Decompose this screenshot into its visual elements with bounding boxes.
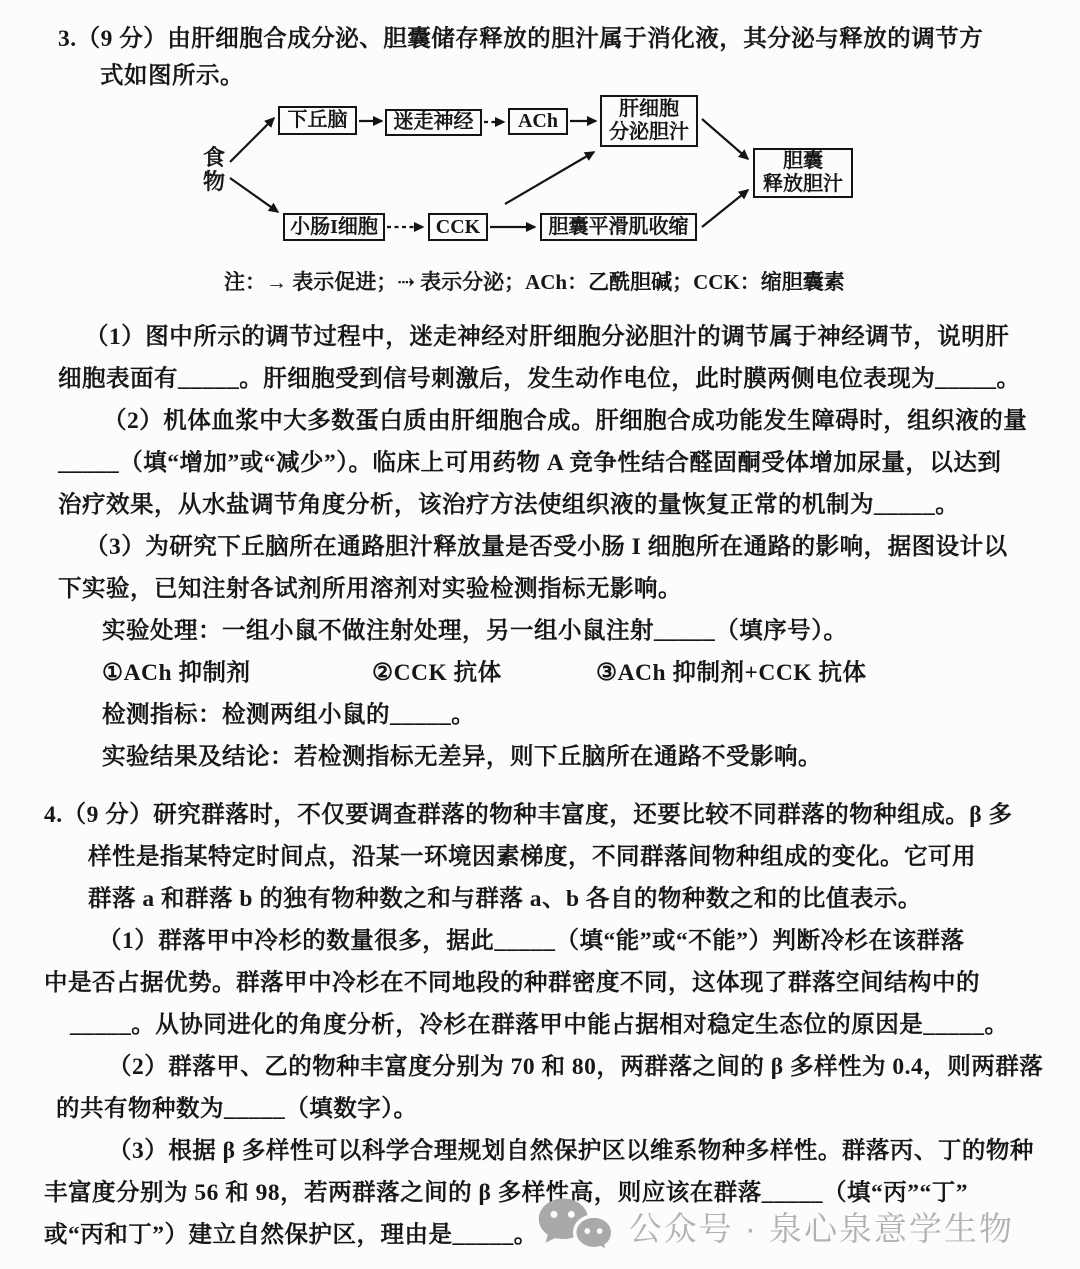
diagram-legend-note: 注：→ 表示促进；⇢ 表示分泌；ACh：乙酰胆碱；CCK：缩胆囊素 (224, 262, 1080, 302)
wechat-icon (537, 1197, 613, 1255)
diagram-node-food: 食 物 (200, 146, 228, 194)
diagram-box-liver-secretes-bile: 肝细胞 分泌胆汁 (600, 95, 698, 147)
q3-experiment-options: ①ACh 抑制剂②CCK 抗体③ACh 抑制剂+CCK 抗体 (58, 652, 1080, 694)
diagram-box-ach: ACh (508, 108, 568, 135)
q3-part1-line-2: 细胞表面有_____。肝细胞受到信号刺激后，发生动作电位，此时膜两侧电位表现为_… (58, 358, 1080, 400)
q4-stem-line-2: 样性是指某特定时间点，沿某一环境因素梯度，不同群落间物种组成的变化。它可用 (44, 836, 1080, 878)
q4-part3-line-1: （3）根据 β 多样性可以科学合理规划自然保护区以维系物种多样性。群落丙、丁的物… (44, 1130, 1080, 1172)
q3-stem-line-2: 式如图所示。 (58, 60, 1080, 92)
q3-experiment-indicator: 检测指标：检测两组小鼠的_____。 (58, 694, 1080, 736)
q3-option-3: ③ACh 抑制剂+CCK 抗体 (596, 652, 866, 694)
diagram-box-gallbladder-smooth-muscle: 胆囊平滑肌收缩 (540, 213, 697, 241)
exam-page: 3.（9 分）由肝细胞合成分泌、胆囊储存释放的胆汁属于消化液，其分泌与释放的调节… (0, 0, 1080, 1269)
diagram-box-vagus-nerve: 迷走神经 (385, 109, 482, 136)
diagram-box-hypothalamus: 下丘脑 (278, 106, 357, 135)
q3-part2-line-3: 治疗效果，从水盐调节角度分析，该治疗方法使组织液的量恢复正常的机制为_____。 (58, 484, 1080, 526)
q3-part3-line-1: （3）为研究下丘脑所在通路胆汁释放量是否受小肠 I 细胞所在通路的影响，据图设计… (58, 526, 1080, 568)
watermark-label: 公众号 · 泉心泉意学生物 (629, 1203, 1014, 1250)
watermark: 公众号 · 泉心泉意学生物 (537, 1197, 1014, 1255)
q4-part1-line-3: _____。从协同进化的角度分析，冷杉在群落甲中能占据相对稳定生态位的原因是__… (44, 1004, 1080, 1046)
q3-part2-line-1: （2）机体血浆中大多数蛋白质由肝细胞合成。肝细胞合成功能发生障碍时，组织液的量 (58, 400, 1080, 442)
q3-experiment-treatment: 实验处理：一组小鼠不做注射处理，另一组小鼠注射_____（填序号）。 (58, 610, 1080, 652)
diagram-box-cck: CCK (428, 213, 488, 241)
q4-part2-line-1: （2）群落甲、乙的物种丰富度分别为 70 和 80，两群落之间的 β 多样性为 … (44, 1046, 1080, 1088)
q4-stem-line-3: 群落 a 和群落 b 的独有物种数之和与群落 a、b 各自的物种数之和的比值表示… (44, 878, 1080, 920)
q4-part1-line-1: （1）群落甲中冷杉的数量很多，据此_____（填“能”或“不能”）判断冷杉在该群… (44, 920, 1080, 962)
q3-part2-line-2: _____（填“增加”或“减少”）。临床上可用药物 A 竞争性结合醛固酮受体增加… (58, 442, 1080, 484)
diagram-box-intestine-i-cells: 小肠I细胞 (283, 213, 385, 241)
q4-part2-line-2: 的共有物种数为_____（填数字）。 (44, 1088, 1080, 1130)
question-4: 4.（9 分）研究群落时，不仅要调查群落的物种丰富度，还要比较不同群落的物种组成… (0, 794, 1080, 1256)
q3-experiment-conclusion: 实验结果及结论：若检测指标无差异，则下丘脑所在通路不受影响。 (58, 736, 1080, 778)
diagram-box-gallbladder-releases-bile: 胆囊 释放胆汁 (753, 148, 853, 198)
q3-option-1: ①ACh 抑制剂 (102, 652, 372, 694)
bile-regulation-diagram: 食 物 下丘脑 迷走神经 ACh 肝细胞 分泌胆汁 胆囊 释放胆汁 小肠I细胞 … (190, 92, 880, 250)
q4-stem-line-1: 4.（9 分）研究群落时，不仅要调查群落的物种丰富度，还要比较不同群落的物种组成… (44, 794, 1080, 836)
q3-part3-line-2: 下实验，已知注射各试剂所用溶剂对实验检测指标无影响。 (58, 568, 1080, 610)
q3-part1-line-1: （1）图中所示的调节过程中，迷走神经对肝细胞分泌胆汁的调节属于神经调节，说明肝 (58, 316, 1080, 358)
q3-option-2: ②CCK 抗体 (372, 652, 596, 694)
question-3: 3.（9 分）由肝细胞合成分泌、胆囊储存释放的胆汁属于消化液，其分泌与释放的调节… (0, 0, 1080, 778)
q4-part1-line-2: 中是否占据优势。群落甲中冷杉在不同地段的种群密度不同，这体现了群落空间结构中的 (44, 962, 1080, 1004)
q3-stem-line-1: 3.（9 分）由肝细胞合成分泌、胆囊储存释放的胆汁属于消化液，其分泌与释放的调节… (58, 18, 1080, 60)
